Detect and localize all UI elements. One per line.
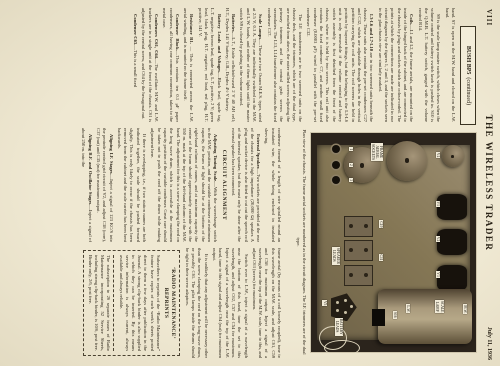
page-header: VIII THE WIRELESS TRADER July 11, 1936 (478, 0, 496, 366)
valve-shield-v2 (437, 229, 467, 255)
valve-v1-label: V1 (436, 201, 440, 207)
coil-unit-can-2 (344, 240, 373, 261)
scale-lamp-label: SCALE LAMP (435, 300, 443, 313)
condenser-c19-label: C19 (379, 220, 383, 228)
scanned-page-frame: VIII THE WIRELESS TRADER July 11, 1936 B… (0, 0, 500, 366)
reprints-heading-line1: ‘RADIO MAINTENANCE’ (169, 255, 175, 351)
valve-shield-v3 (437, 265, 467, 291)
text-column-3: frame aerial (by means of a coil loosely… (2, 248, 282, 358)
paragraph: External Speaker.—Two sockets are provid… (230, 128, 261, 242)
switch-s16-block (372, 309, 385, 326)
paragraph: If there is overlapping, i.e., if two st… (116, 128, 147, 242)
paragraph: The I.F. transformers are in two screene… (265, 8, 303, 122)
reprints-body: Subscribers to reprints of the “Radio Ma… (117, 255, 160, 351)
condenser-can-1 (387, 141, 427, 181)
paragraph: S9 is the scale lamp master switch, whic… (416, 8, 441, 122)
magazine-page-rotated: VIII THE WIRELESS TRADER July 11, 1936 B… (0, 0, 500, 366)
paragraph: Scale Lamps.—These are two Osram M.E.S. … (238, 8, 263, 122)
photo-caption: Plan view of the chassis. The frame aeri… (296, 126, 307, 358)
paragraph: Condenser Block.—This contains ten 0.1 μ… (161, 8, 180, 122)
chassis-plan-photo: V4V1V2V3M.W.SCALE LAMPL.W.C19C11S16V5FRA… (310, 132, 477, 353)
section-heading: CIRCUIT ALIGNMENT (220, 128, 226, 242)
paragraph: frame aerial (by means of a coil loosely… (251, 248, 282, 358)
masthead-title: THE WIRELESS TRADER (484, 0, 494, 366)
column-3-paragraphs: frame aerial (by means of a coil loosely… (184, 248, 282, 358)
frame-aerial-sockets-label: FRAME AERIAL SOCKETS (371, 143, 384, 161)
paragraph: Switch over to L.W., inject a signal of … (211, 248, 249, 358)
lw-drum-label: L.W. (406, 304, 410, 313)
radio-maintenance-reprints-box: ‘RADIO MAINTENANCE’ REPRINTS Subscribers… (84, 250, 180, 356)
frame-aerial-socket-2 (332, 161, 340, 169)
valve-v5-label: V5 (323, 300, 327, 306)
valve-v4-can (442, 145, 464, 167)
socket-3-label: 3 (349, 178, 353, 182)
valve-v2-label: V2 (436, 236, 440, 242)
paragraph: Battery Leads and Voltages.—Black lead, … (196, 8, 221, 122)
paragraph: band. S7 is open on the M.W. band and cl… (443, 8, 456, 122)
text-column-1: band. S7 is open on the M.W. band and cl… (4, 8, 456, 122)
mw-drum-label: M.W. (463, 304, 467, 314)
reprints-subscription: The subscription to 26 separate issues o… (87, 255, 115, 351)
valve-v4-label: V4 (436, 152, 440, 158)
battery-leads-label: BATTERY LEADS (335, 318, 343, 336)
valve-shield-v1 (437, 194, 467, 220)
paragraph: Coils.—L1 and L2, the frame aerials, are… (376, 8, 414, 122)
text-column-2: condenser formed of a length of wire spi… (2, 128, 282, 242)
socket-1-label: 1 (349, 147, 353, 151)
coil-unit-can-3 (344, 265, 373, 286)
paragraph: Condensers C61, C64.—The oscillator M.W.… (140, 8, 159, 122)
paragraph: Batteries.—L.T., Exide celluloid-cased 2… (224, 8, 237, 122)
paragraph: Aligning R.F. and Oscillator Stages.—Inj… (80, 128, 93, 242)
valve-v3-label: V3 (436, 271, 440, 277)
condenser-c11-label: C11 (379, 254, 383, 262)
paragraph: Aligning I.F. Stages.—Inject a signal of… (95, 128, 114, 242)
socket-2-label: 2 (349, 163, 353, 167)
article-title: BUSH BP5 (465, 46, 471, 75)
paragraph: Adjusting Tuning Scale.—With the wavecha… (149, 128, 218, 242)
coil-unit-can-1 (344, 216, 373, 237)
paragraph: Resistance R1. — This is connected acros… (182, 8, 195, 122)
article-title-box: BUSH BP5 (continued) (460, 26, 476, 125)
article-title-suffix: (continued) (465, 77, 471, 105)
paragraph: It is unlikely that any adjustment will … (184, 248, 209, 358)
switch-s16-label: S16 (393, 311, 397, 319)
speaker-leads-label: SPEAKER LEADS (332, 247, 340, 265)
issue-date: July 11, 1936 (486, 327, 492, 360)
paragraph: condenser formed of a length of wire spi… (263, 128, 282, 242)
paragraph: Condenser C63.—This is a small fixed (132, 8, 138, 122)
speaker-wires (324, 340, 360, 353)
paragraph: L3-L6 and L7-L10 are in two screened uni… (305, 8, 374, 122)
